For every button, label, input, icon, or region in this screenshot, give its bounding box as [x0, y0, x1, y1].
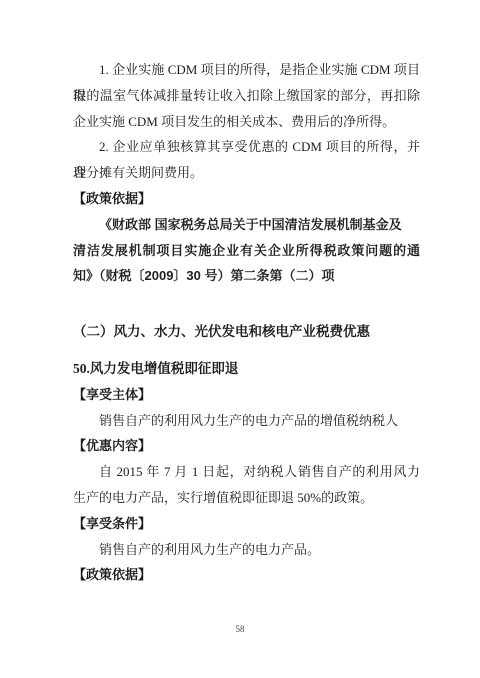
page-number: 58: [0, 624, 480, 634]
cdm-income-line-3: 企业实施 CDM 项目发生的相关成本、费用后的净所得。: [73, 109, 420, 135]
citation-line-3: 知》（财税〔2009〕30 号）第二条第（二）项: [73, 263, 420, 289]
citation-line-1: 《财政部 国家税务总局关于中国清洁发展机制基金及: [73, 212, 420, 238]
policy-basis-label-2: 【政策依据】: [73, 562, 420, 588]
document-page: 1. 企业实施 CDM 项目的所得，是指企业实施 CDM 项目取 得的温室气体减…: [0, 0, 480, 678]
policy-basis-label-1: 【政策依据】: [73, 186, 420, 212]
beneficiary-label: 【享受主体】: [73, 382, 420, 408]
benefit-line-1: 自 2015 年 7 月 1 日起，对纳税人销售自产的利用风力: [73, 459, 420, 485]
condition-label: 【享受条件】: [73, 511, 420, 537]
section-heading: （二）风力、水力、光伏发电和核电产业税费优惠: [73, 319, 420, 345]
cdm-accounting-line-1: 2. 企业应单独核算其享受优惠的 CDM 项目的所得，并合: [73, 134, 420, 160]
condition-text: 销售自产的利用风力生产的电力产品。: [73, 537, 420, 563]
beneficiary-text: 销售自产的利用风力生产的电力产品的增值税纳税人: [73, 408, 420, 434]
citation-line-2: 清洁发展机制项目实施企业有关企业所得税政策问题的通: [73, 238, 420, 264]
item-heading: 50.风力发电增值税即征即退: [73, 356, 420, 382]
benefit-line-2: 生产的电力产品，实行增值税即征即退 50%的政策。: [73, 485, 420, 511]
benefit-label: 【优惠内容】: [73, 433, 420, 459]
page-content: 1. 企业实施 CDM 项目的所得，是指企业实施 CDM 项目取 得的温室气体减…: [73, 57, 420, 588]
cdm-accounting-line-2: 理分摊有关期间费用。: [73, 160, 420, 186]
cdm-income-line-2: 得的温室气体减排量转让收入扣除上缴国家的部分，再扣除: [73, 83, 420, 109]
cdm-income-line-1: 1. 企业实施 CDM 项目的所得，是指企业实施 CDM 项目取: [73, 57, 420, 83]
